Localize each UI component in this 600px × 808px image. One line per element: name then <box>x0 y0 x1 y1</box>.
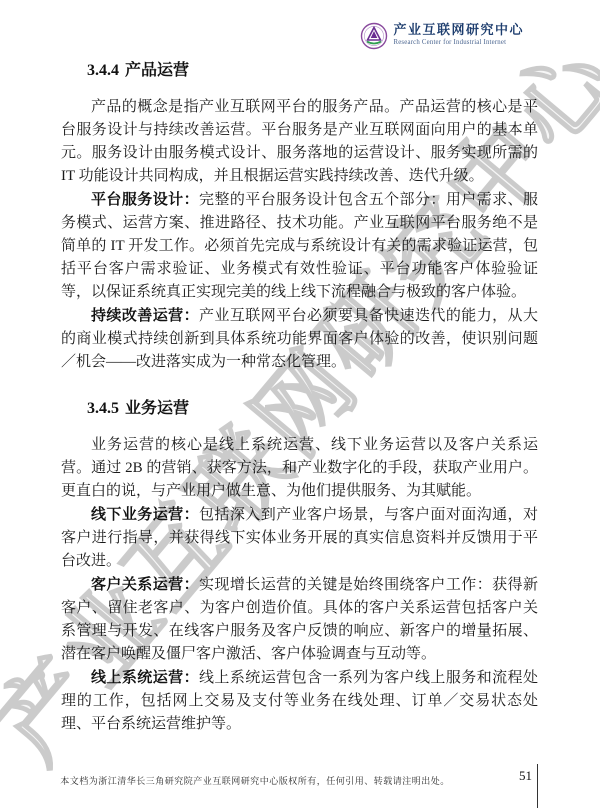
section-title: 产品运营 <box>125 62 189 79</box>
copyright-notice: 本文档为浙江清华长三角研究院产业互联网研究中心版权所有，任何引用、转载请注明出处… <box>0 774 510 787</box>
page-footer: 本文档为浙江清华长三角研究院产业互联网研究中心版权所有，任何引用、转载请注明出处… <box>0 748 600 808</box>
org-logo-icon <box>360 21 388 51</box>
paragraph-lead: 线下业务运营： <box>91 506 199 523</box>
section-heading-345: 3.4.5业务运营 <box>87 398 538 420</box>
header: 产业互联网研究中心 Research Center for Industrial… <box>360 21 524 51</box>
paragraph-text: 完整的平台服务设计包含五个部分：用户需求、服务模式、运营方案、推进路径、技术功能… <box>61 192 538 300</box>
paragraph-lead: 平台服务设计： <box>91 191 199 208</box>
org-name-en: Research Center for Industrial Internet <box>393 38 524 47</box>
section-title: 业务运营 <box>125 400 189 417</box>
document-body: 3.4.4产品运营 产品的概念是指产业互联网平台的服务产品。产品运营的核心是平台… <box>61 60 538 736</box>
paragraph-lead: 线上系统运营： <box>91 669 199 686</box>
paragraph-lead: 持续改善运营： <box>91 307 199 324</box>
paragraph-customer-relations-ops: 客户关系运营：实现增长运营的关键是始终围绕客户工作：获得新客户、留住老客户、为客… <box>61 573 538 666</box>
section-number: 3.4.4 <box>87 62 119 79</box>
org-name-zh: 产业互联网研究中心 <box>393 21 524 38</box>
paragraph-offline-ops: 线下业务运营：包括深入到产业客户场景，与客户面对面沟通，对客户进行指导，并获得线… <box>61 503 538 573</box>
paragraph-lead: 客户关系运营： <box>91 576 199 593</box>
section-heading-344: 3.4.4产品运营 <box>87 60 538 82</box>
paragraph-platform-service-design: 平台服务设计：完整的平台服务设计包含五个部分：用户需求、服务模式、运营方案、推进… <box>61 188 538 304</box>
page-number: 51 <box>519 768 532 784</box>
page-number-divider <box>537 764 538 808</box>
paragraph-product-concept: 产品的概念是指产业互联网平台的服务产品。产品运营的核心是平台服务设计与持续改善运… <box>61 96 538 188</box>
paragraph-continuous-improvement: 持续改善运营：产业互联网平台必须要具备快速迭代的能力，从大的商业模式持续创新到具… <box>61 304 538 374</box>
org-name-block: 产业互联网研究中心 Research Center for Industrial… <box>393 21 524 47</box>
document-page: 产业互联网研究中心 产业互联网研究中心 Research Center for … <box>0 0 600 808</box>
section-number: 3.4.5 <box>87 400 119 417</box>
paragraph-text: 业务运营的核心是线上系统运营、线下业务运营以及客户关系运营。通过 2B 的营销、… <box>61 437 538 499</box>
paragraph-business-ops-core: 业务运营的核心是线上系统运营、线下业务运营以及客户关系运营。通过 2B 的营销、… <box>61 434 538 503</box>
paragraph-text: 产品的概念是指产业互联网平台的服务产品。产品运营的核心是平台服务设计与持续改善运… <box>61 99 538 184</box>
paragraph-online-system-ops: 线上系统运营：线上系统运营包含一系列为客户线上服务和流程处理的工作，包括网上交易… <box>61 666 538 736</box>
